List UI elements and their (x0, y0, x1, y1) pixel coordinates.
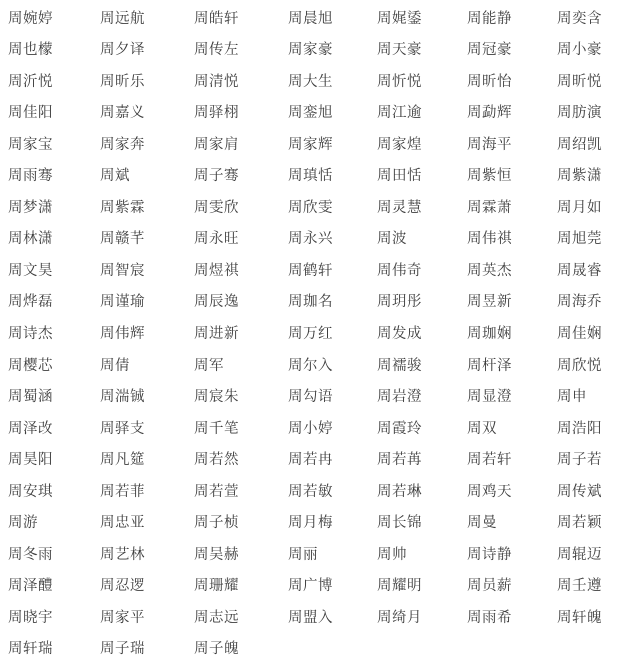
name-cell: 周鸡天 (467, 485, 557, 500)
name-cell: 周昊阳 (8, 453, 100, 468)
name-cell: 周銮旭 (288, 106, 377, 121)
name-cell: 周家豪 (288, 43, 377, 58)
name-cell: 周志远 (194, 611, 288, 626)
name-cell: 周奕含 (557, 12, 627, 27)
name-cell: 周盟入 (288, 611, 377, 626)
name-cell: 周倩 (100, 359, 194, 374)
name-cell: 周曼 (467, 516, 557, 531)
name-cell: 周辰逸 (194, 295, 288, 310)
name-cell: 周家宝 (8, 138, 100, 153)
name-cell: 周昕怡 (467, 75, 557, 90)
name-cell: 周灵慧 (377, 201, 467, 216)
name-cell: 周若苒 (377, 453, 467, 468)
name-cell: 周泽醴 (8, 579, 100, 594)
name-cell: 周煜祺 (194, 264, 288, 279)
name-cell: 周伟祺 (467, 232, 557, 247)
name-cell: 周佳娴 (557, 327, 627, 342)
name-cell: 周紫霖 (100, 201, 194, 216)
name-cell: 周月如 (557, 201, 627, 216)
name-cell: 周显澄 (467, 390, 557, 405)
name-cell: 周帅 (377, 548, 467, 563)
name-cell: 周伟辉 (100, 327, 194, 342)
name-cell: 周雯欣 (194, 201, 288, 216)
name-cell: 周冠豪 (467, 43, 557, 58)
name-cell: 周吴赫 (194, 548, 288, 563)
name-cell: 周传斌 (557, 485, 627, 500)
name-cell: 周子魄 (194, 642, 288, 657)
name-cell: 周双 (467, 422, 557, 437)
name-cell: 周泽改 (8, 422, 100, 437)
name-cell: 周霖萧 (467, 201, 557, 216)
name-cell: 周子桢 (194, 516, 288, 531)
name-cell: 周绮月 (377, 611, 467, 626)
name-cell: 周壬遵 (557, 579, 627, 594)
name-cell: 周家煌 (377, 138, 467, 153)
name-cell: 周波 (377, 232, 467, 247)
name-cell: 周鹤轩 (288, 264, 377, 279)
name-cell: 周也檬 (8, 43, 100, 58)
name-cell: 周若然 (194, 453, 288, 468)
name-cell: 周紫潇 (557, 169, 627, 184)
name-cell: 周丽 (288, 548, 377, 563)
name-cell: 周发成 (377, 327, 467, 342)
name-cell: 周进新 (194, 327, 288, 342)
name-cell: 周襦骏 (377, 359, 467, 374)
name-cell: 周斌 (100, 169, 194, 184)
name-cell: 周宸朱 (194, 390, 288, 405)
name-cell: 周若萱 (194, 485, 288, 500)
name-cell: 周勐辉 (467, 106, 557, 121)
name-cell: 周员薪 (467, 579, 557, 594)
name-cell: 周轩瑞 (8, 642, 100, 657)
name-cell: 周谨瑜 (100, 295, 194, 310)
name-cell: 周忻悦 (377, 75, 467, 90)
name-cell: 周智宸 (100, 264, 194, 279)
name-cell: 周英杰 (467, 264, 557, 279)
name-cell: 周樱芯 (8, 359, 100, 374)
name-cell: 周月梅 (288, 516, 377, 531)
name-cell: 周烨磊 (8, 295, 100, 310)
name-cell: 周家奔 (100, 138, 194, 153)
name-cell: 周大生 (288, 75, 377, 90)
name-cell: 周驿支 (100, 422, 194, 437)
name-cell: 周娓鋈 (377, 12, 467, 27)
name-cell: 周安琪 (8, 485, 100, 500)
name-cell: 周江逾 (377, 106, 467, 121)
name-cell: 周林潇 (8, 232, 100, 247)
name-cell: 周欣雯 (288, 201, 377, 216)
name-cell: 周若冉 (288, 453, 377, 468)
name-cell: 周珈娴 (467, 327, 557, 342)
name-cell: 周小婷 (288, 422, 377, 437)
name-cell: 周子若 (557, 453, 627, 468)
name-cell: 周霞玲 (377, 422, 467, 437)
name-cell: 周耀明 (377, 579, 467, 594)
name-cell: 周佳阳 (8, 106, 100, 121)
name-cell: 周天豪 (377, 43, 467, 58)
name-cell: 周欣悦 (557, 359, 627, 374)
name-cell: 周旭莞 (557, 232, 627, 247)
name-cell: 周若琳 (377, 485, 467, 500)
name-cell: 周驿栩 (194, 106, 288, 121)
name-cell: 周海乔 (557, 295, 627, 310)
name-cell: 周湍铖 (100, 390, 194, 405)
name-cell: 周辊迈 (557, 548, 627, 563)
name-cell: 周忍逻 (100, 579, 194, 594)
name-cell: 周传左 (194, 43, 288, 58)
name-cell: 周凡筵 (100, 453, 194, 468)
name-cell: 周蜀涵 (8, 390, 100, 405)
name-cell: 周紫恒 (467, 169, 557, 184)
name-cell: 周千笔 (194, 422, 288, 437)
name-cell: 周艺林 (100, 548, 194, 563)
name-cell: 周梦潇 (8, 201, 100, 216)
name-cell: 周赣芊 (100, 232, 194, 247)
name-cell: 周嘉义 (100, 106, 194, 121)
name-cell: 周小豪 (557, 43, 627, 58)
name-cell: 周诗静 (467, 548, 557, 563)
name-cell: 周夕译 (100, 43, 194, 58)
name-cell: 周晟睿 (557, 264, 627, 279)
name-cell: 周永旺 (194, 232, 288, 247)
name-cell: 周申 (557, 390, 627, 405)
name-cell: 周田恬 (377, 169, 467, 184)
name-cell: 周子骞 (194, 169, 288, 184)
name-cell: 周诗杰 (8, 327, 100, 342)
name-cell: 周轩魄 (557, 611, 627, 626)
name-cell: 周冬雨 (8, 548, 100, 563)
name-cell: 周文昊 (8, 264, 100, 279)
name-cell: 周若颖 (557, 516, 627, 531)
name-cell: 周珊耀 (194, 579, 288, 594)
name-cell: 周长锦 (377, 516, 467, 531)
name-cell: 周伟奇 (377, 264, 467, 279)
name-cell: 周子瑞 (100, 642, 194, 657)
name-cell: 周珈名 (288, 295, 377, 310)
name-cell: 周若菲 (100, 485, 194, 500)
name-cell: 周游 (8, 516, 100, 531)
name-cell: 周皓轩 (194, 12, 288, 27)
name-cell: 周玥彤 (377, 295, 467, 310)
name-cell: 周昕悦 (557, 75, 627, 90)
name-cell: 周永兴 (288, 232, 377, 247)
name-cell: 周雨骞 (8, 169, 100, 184)
name-cell: 周浩阳 (557, 422, 627, 437)
name-cell: 周勾语 (288, 390, 377, 405)
name-cell: 周沂悦 (8, 75, 100, 90)
name-cell: 周家肩 (194, 138, 288, 153)
name-cell: 周若敏 (288, 485, 377, 500)
name-cell: 周军 (194, 359, 288, 374)
name-cell: 周远航 (100, 12, 194, 27)
name-cell: 周昱新 (467, 295, 557, 310)
name-cell: 周万红 (288, 327, 377, 342)
name-cell: 周婉婷 (8, 12, 100, 27)
name-cell: 周尔入 (288, 359, 377, 374)
name-cell: 周家辉 (288, 138, 377, 153)
name-cell: 周杆泽 (467, 359, 557, 374)
name-cell: 周晓宇 (8, 611, 100, 626)
name-cell: 周海平 (467, 138, 557, 153)
name-cell: 周晨旭 (288, 12, 377, 27)
name-cell: 周若轩 (467, 453, 557, 468)
name-cell: 周瑱恬 (288, 169, 377, 184)
name-cell: 周肪演 (557, 106, 627, 121)
name-cell: 周昕乐 (100, 75, 194, 90)
name-cell: 周雨希 (467, 611, 557, 626)
name-cell: 周家平 (100, 611, 194, 626)
name-cell: 周绍凯 (557, 138, 627, 153)
name-grid: 周婉婷周远航周皓轩周晨旭周娓鋈周能静周奕含周也檬周夕译周传左周家豪周天豪周冠豪周… (0, 0, 627, 668)
name-cell: 周广博 (288, 579, 377, 594)
name-cell: 周忠亚 (100, 516, 194, 531)
name-cell: 周能静 (467, 12, 557, 27)
name-cell: 周岩澄 (377, 390, 467, 405)
name-cell: 周清悦 (194, 75, 288, 90)
